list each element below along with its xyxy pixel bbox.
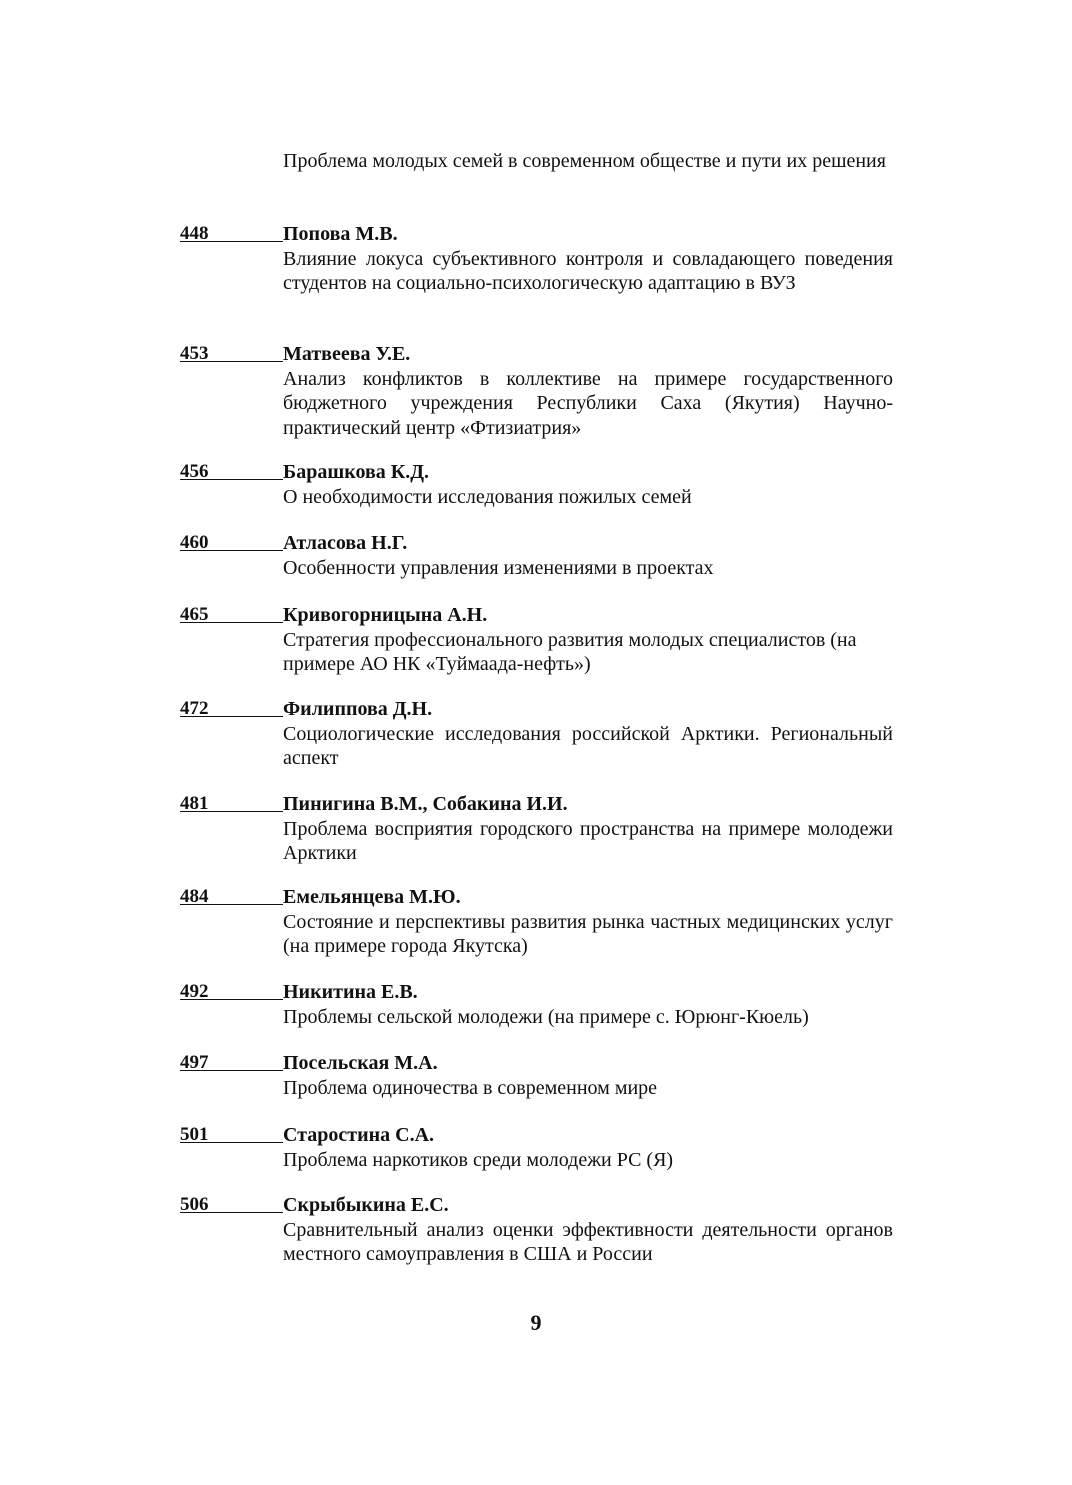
entry-title: О необходимости исследования пожилых сем… xyxy=(283,485,893,510)
entry-page-number[interactable]: 481 xyxy=(180,792,283,812)
entry-author: Посельская М.А. xyxy=(283,1051,893,1076)
toc-entry: 484 Емельянцева М.Ю. Состояние и перспек… xyxy=(180,885,893,959)
continuation-title: Проблема молодых семей в современном общ… xyxy=(283,149,893,174)
toc-entry: 501 Старостина С.А. Проблема наркотиков … xyxy=(180,1123,893,1172)
entry-author: Пинигина В.М., Собакина И.И. xyxy=(283,792,893,817)
entry-author: Попова М.В. xyxy=(283,222,893,247)
entry-title: Влияние локуса субъективного контроля и … xyxy=(283,247,893,296)
entry-page-number[interactable]: 448 xyxy=(180,222,283,242)
entry-author: Никитина Е.В. xyxy=(283,980,893,1005)
entry-title: Социологические исследования российской … xyxy=(283,722,893,771)
entry-author: Кривогорницына А.Н. xyxy=(283,603,893,628)
entry-author: Филиппова Д.Н. xyxy=(283,697,893,722)
toc-entry: 506 Скрыбыкина Е.С. Сравнительный анализ… xyxy=(180,1193,893,1267)
entry-author: Барашкова К.Д. xyxy=(283,460,893,485)
entry-page-number[interactable]: 465 xyxy=(180,603,283,623)
entry-page-number[interactable]: 492 xyxy=(180,980,283,1000)
entry-author: Скрыбыкина Е.С. xyxy=(283,1193,893,1218)
entry-title: Проблема восприятия городского пространс… xyxy=(283,817,893,866)
entry-page-number[interactable]: 501 xyxy=(180,1123,283,1143)
entry-author: Атласова Н.Г. xyxy=(283,531,893,556)
entry-page-number[interactable]: 460 xyxy=(180,531,283,551)
entry-page-number[interactable]: 456 xyxy=(180,460,283,480)
toc-entry: 448 Попова М.В. Влияние локуса субъектив… xyxy=(180,222,893,296)
document-page: Проблема молодых семей в современном общ… xyxy=(0,0,1072,1485)
toc-entry: 492 Никитина Е.В. Проблемы сельской моло… xyxy=(180,980,893,1029)
entry-page-number[interactable]: 453 xyxy=(180,342,283,362)
toc-entry: 472 Филиппова Д.Н. Социологические иссле… xyxy=(180,697,893,771)
toc-entry: 481 Пинигина В.М., Собакина И.И. Проблем… xyxy=(180,792,893,866)
entry-page-number[interactable]: 497 xyxy=(180,1051,283,1071)
entry-page-number[interactable]: 506 xyxy=(180,1193,283,1213)
entry-title: Проблемы сельской молодежи (на примере с… xyxy=(283,1005,893,1030)
entry-title: Сравнительный анализ оценки эффективност… xyxy=(283,1218,893,1267)
entry-title: Анализ конфликтов в коллективе на пример… xyxy=(283,367,893,441)
page-number: 9 xyxy=(0,1310,1072,1336)
entry-title: Проблема одиночества в современном мире xyxy=(283,1076,893,1101)
entry-author: Емельянцева М.Ю. xyxy=(283,885,893,910)
entry-title: Стратегия профессионального развития мол… xyxy=(283,628,893,677)
toc-entry: 465 Кривогорницына А.Н. Стратегия профес… xyxy=(180,603,893,677)
entry-author: Старостина С.А. xyxy=(283,1123,893,1148)
toc-entry: 497 Посельская М.А. Проблема одиночества… xyxy=(180,1051,893,1100)
entry-title: Особенности управления изменениями в про… xyxy=(283,556,893,581)
entry-page-number[interactable]: 472 xyxy=(180,697,283,717)
toc-entry: 453 Матвеева У.Е. Анализ конфликтов в ко… xyxy=(180,342,893,440)
entry-page-number[interactable]: 484 xyxy=(180,885,283,905)
entry-title: Состояние и перспективы развития рынка ч… xyxy=(283,910,893,959)
toc-entry: 456 Барашкова К.Д. О необходимости иссле… xyxy=(180,460,893,509)
toc-entry: 460 Атласова Н.Г. Особенности управления… xyxy=(180,531,893,580)
entry-title: Проблема наркотиков среди молодежи РС (Я… xyxy=(283,1148,893,1173)
entry-author: Матвеева У.Е. xyxy=(283,342,893,367)
